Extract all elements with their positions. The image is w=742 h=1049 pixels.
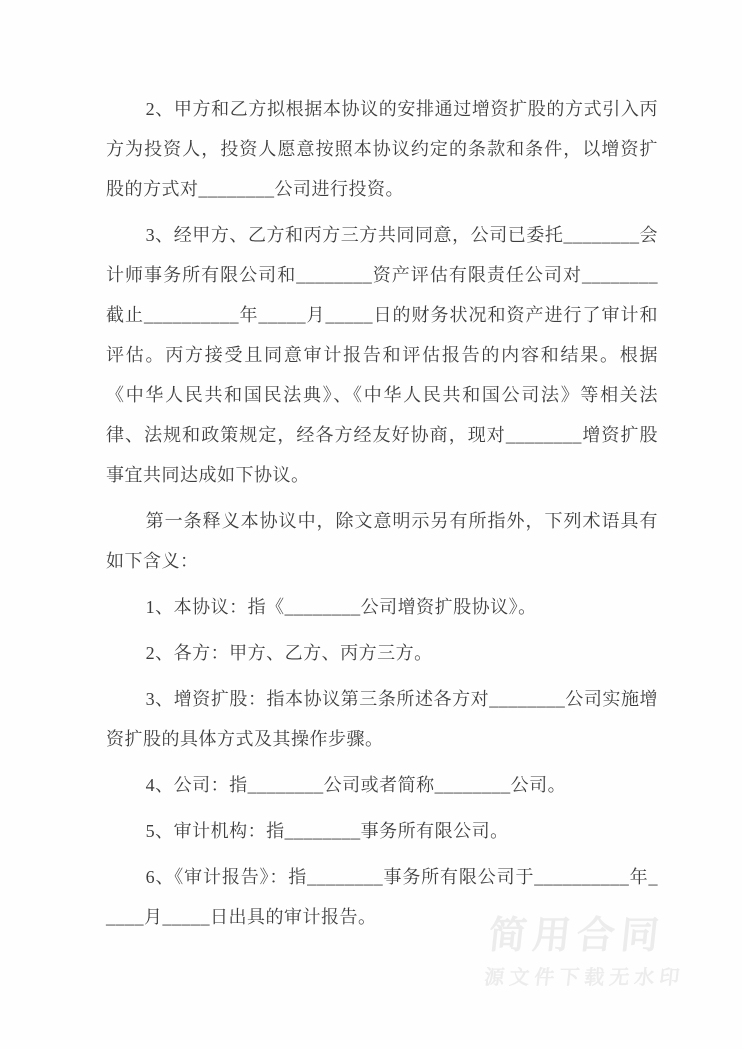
watermark-subtitle: 源文件下载无水印	[483, 966, 686, 990]
contract-paragraph-recital-2: 2、甲方和乙方拟根据本协议的安排通过增资扩股的方式引入丙方为投资人，投资人愿意按…	[106, 89, 658, 209]
contract-paragraph-definition-5: 5、审计机构：指________事务所有限公司。	[106, 811, 658, 851]
contract-body: 2、甲方和乙方拟根据本协议的安排通过增资扩股的方式引入丙方为投资人，投资人愿意按…	[106, 89, 658, 943]
contract-paragraph-definition-6: 6、《审计报告》：指________事务所有限公司于__________年___…	[106, 857, 658, 937]
document-page: 2、甲方和乙方拟根据本协议的安排通过增资扩股的方式引入丙方为投资人，投资人愿意按…	[0, 0, 742, 1049]
contract-paragraph-article-1-heading: 第一条释义本协议中，除文意明示另有所指外，下列术语具有如下含义：	[106, 501, 658, 581]
contract-paragraph-recital-3: 3、经甲方、乙方和丙方三方共同同意，公司已委托________会计师事务所有限公…	[106, 215, 658, 495]
contract-paragraph-definition-1: 1、本协议：指《________公司增资扩股协议》。	[106, 587, 658, 627]
contract-paragraph-definition-2: 2、各方：甲方、乙方、丙方三方。	[106, 633, 658, 673]
contract-paragraph-definition-3: 3、增资扩股：指本协议第三条所述各方对________公司实施增资扩股的具体方式…	[106, 679, 658, 759]
contract-paragraph-definition-4: 4、公司：指________公司或者简称________公司。	[106, 765, 658, 805]
